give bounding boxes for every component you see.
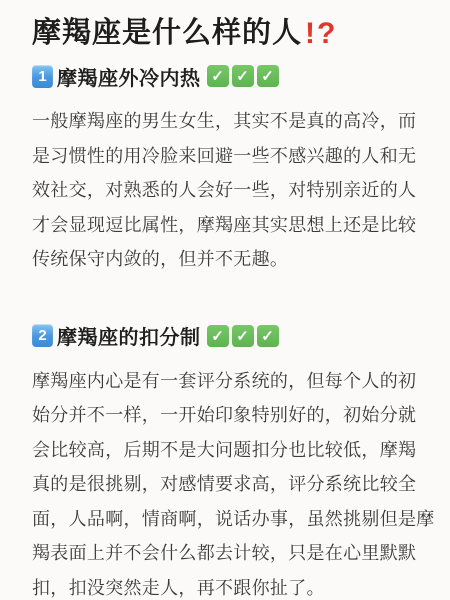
section-1: 1 摩羯座外冷内热 ✓ ✓ ✓ 一般摩羯座的男生女生，其实不是真的高冷，而 是习… [32,62,430,277]
page-title: 摩羯座是什么样的人 !? [32,15,430,52]
section-1-checks: ✓ ✓ ✓ [204,65,279,87]
section-2-heading: 2 摩羯座的扣分制 ✓ ✓ ✓ [32,322,430,350]
section-1-heading-text: 摩羯座外冷内热 [57,62,201,91]
post-page: 摩羯座是什么样的人 !? 1 摩羯座外冷内热 ✓ ✓ ✓ 一般摩羯座的男生女生，… [0,0,450,600]
check-icon: ✓ [232,325,254,347]
section-2: 2 摩羯座的扣分制 ✓ ✓ ✓ 摩羯座内心是有一套评分系统的，但每个人的初 始分… [32,322,430,600]
section-1-heading: 1 摩羯座外冷内热 ✓ ✓ ✓ [32,62,430,90]
exclamation-question-icon: !? [305,15,337,52]
check-icon: ✓ [207,325,229,347]
check-icon: ✓ [207,65,229,87]
keycap-1-icon: 1 [32,65,53,88]
check-icon: ✓ [257,65,279,87]
keycap-2-icon: 2 [32,324,53,347]
section-1-body: 一般摩羯座的男生女生，其实不是真的高冷，而 是习惯性的用冷脸来回避一些不感兴趣的… [32,104,430,277]
section-2-checks: ✓ ✓ ✓ [204,325,279,347]
section-2-body: 摩羯座内心是有一套评分系统的，但每个人的初 始分并不一样，一开始印象特别好的，初… [32,364,430,600]
check-icon: ✓ [257,325,279,347]
check-icon: ✓ [232,65,254,87]
section-2-heading-text: 摩羯座的扣分制 [57,321,201,350]
page-title-text: 摩羯座是什么样的人 [32,15,302,52]
